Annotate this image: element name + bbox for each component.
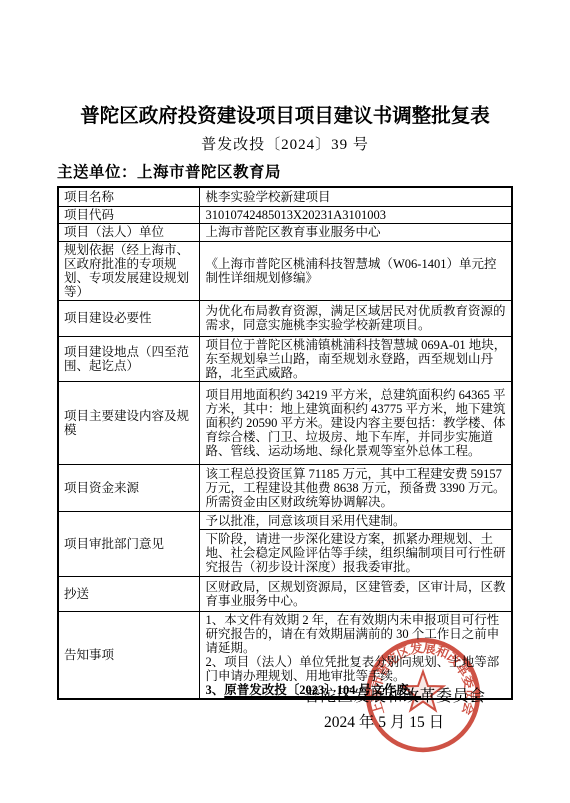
row-label: 项目（法人）单位 bbox=[58, 223, 199, 241]
table-row-legal-entity: 项目（法人）单位 上海市普陀区教育事业服务中心 bbox=[58, 223, 512, 241]
row-label: 项目代码 bbox=[58, 206, 199, 223]
approval-opinion-cell: 予以批准，同意该项目采用代建制。 下阶段，请进一步深化建设方案，抓紧办理规划、土… bbox=[199, 511, 512, 576]
document-page: 普陀区政府投资建设项目项目建议书调整批复表 普发改投〔2024〕39 号 主送单… bbox=[0, 0, 570, 803]
approval-opinion-top: 予以批准，同意该项目采用代建制。 bbox=[200, 513, 512, 530]
addressee-label: 主送单位： bbox=[57, 164, 137, 181]
table-row-project-name: 项目名称 桃李实验学校新建项目 bbox=[58, 187, 512, 206]
issuer-name: 普陀区发展和改革委员会 bbox=[304, 683, 486, 706]
row-value: 桃李实验学校新建项目 bbox=[199, 187, 512, 206]
table-row-location: 项目建设地点（四至范围、起讫点） 项目位于普陀区桃浦镇桃浦科技智慧城 069A-… bbox=[58, 336, 512, 381]
row-value: 为优化布局教育资源，满足区域居民对优质教育资源的需求，同意实施桃李实验学校新建项… bbox=[199, 300, 512, 336]
table-row-necessity: 项目建设必要性 为优化布局教育资源，满足区域居民对优质教育资源的需求，同意实施桃… bbox=[58, 300, 512, 336]
document-title: 普陀区政府投资建设项目项目建议书调整批复表 bbox=[0, 100, 570, 128]
approval-opinion-bottom: 下阶段，请进一步深化建设方案，抓紧办理规划、土地、社会稳定风险评估等手续，组织编… bbox=[200, 530, 512, 575]
row-label: 项目资金来源 bbox=[58, 464, 199, 511]
notice-item-1: 1、本文件有效期 2 年，在有效期内未申报项目可行性研究报告的，请在有效期届满前… bbox=[206, 613, 508, 655]
row-value: 区财政局，区规划资源局，区建管委，区审计局，区教育事业服务中心。 bbox=[199, 576, 512, 611]
notice-item-2: 2、项目（法人）单位凭批复表分别向规划、土地等部门申请办理规划、用地审批等手续。 bbox=[206, 655, 508, 683]
issue-date: 2024 年 5 月 15 日 bbox=[324, 710, 444, 732]
row-label: 项目建设必要性 bbox=[58, 300, 199, 336]
table-row-funding: 项目资金来源 该工程总投资匡算 71185 万元，其中工程建安费 59157 万… bbox=[58, 464, 512, 511]
row-value: 项目位于普陀区桃浦镇桃浦科技智慧城 069A-01 地块，东至规划皋兰山路，南至… bbox=[199, 336, 512, 381]
row-value: 该工程总投资匡算 71185 万元，其中工程建安费 59157 万元，工程建设其… bbox=[199, 464, 512, 511]
row-label: 规划依据（经上海市、区政府批准的专项规划、专项发展建设规划等） bbox=[58, 241, 199, 300]
row-value: 上海市普陀区教育事业服务中心 bbox=[199, 223, 512, 241]
table-row-approval-opinion: 项目审批部门意见 予以批准，同意该项目采用代建制。 下阶段，请进一步深化建设方案… bbox=[58, 511, 512, 576]
table-row-planning-basis: 规划依据（经上海市、区政府批准的专项规划、专项发展建设规划等） 《上海市普陀区桃… bbox=[58, 241, 512, 300]
row-label: 项目名称 bbox=[58, 187, 199, 206]
table-row-scope: 项目主要建设内容及规模 项目用地面积约 34219 平方米，总建筑面积约 643… bbox=[58, 381, 512, 464]
row-value: 31010742485013X20231A3101003 bbox=[199, 206, 512, 223]
row-label: 项目审批部门意见 bbox=[58, 511, 199, 576]
addressee-line: 主送单位：上海市普陀区教育局 bbox=[57, 160, 281, 182]
table-row-cc: 抄送 区财政局，区规划资源局，区建管委，区审计局，区教育事业服务中心。 bbox=[58, 576, 512, 611]
row-label: 告知事项 bbox=[58, 611, 199, 699]
table-row-project-code: 项目代码 31010742485013X20231A3101003 bbox=[58, 206, 512, 223]
row-label: 抄送 bbox=[58, 576, 199, 611]
addressee-value: 上海市普陀区教育局 bbox=[137, 164, 281, 181]
row-label: 项目主要建设内容及规模 bbox=[58, 381, 199, 464]
document-number: 普发改投〔2024〕39 号 bbox=[0, 133, 570, 154]
row-value: 项目用地面积约 34219 平方米，总建筑面积约 64365 平方米，其中：地上… bbox=[199, 381, 512, 464]
row-value: 《上海市普陀区桃浦科技智慧城（W06-1401）单元控制性详细规划修编》 bbox=[199, 241, 512, 300]
row-label: 项目建设地点（四至范围、起讫点） bbox=[58, 336, 199, 381]
notice-item-3-prefix: 3、 bbox=[206, 683, 225, 697]
approval-table: 项目名称 桃李实验学校新建项目 项目代码 31010742485013X2023… bbox=[57, 186, 513, 700]
